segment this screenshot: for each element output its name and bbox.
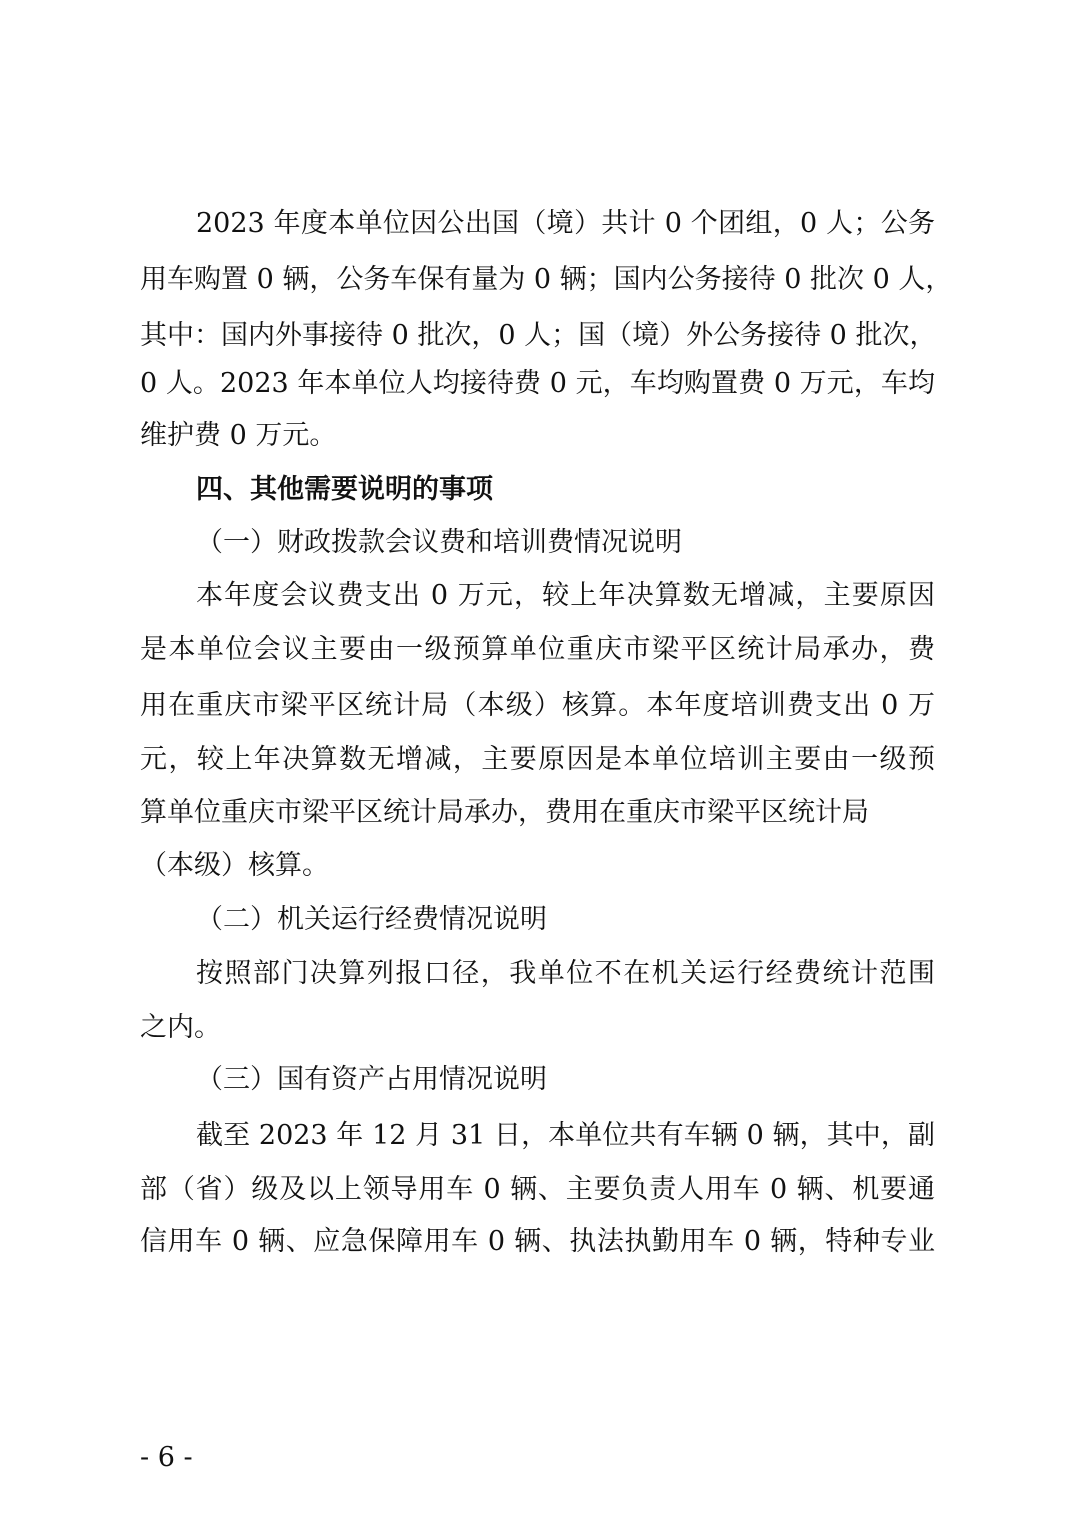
paragraph-line: 元，较上年决算数无增减，主要原因是本单位培训主要由一级预 bbox=[140, 742, 935, 778]
paragraph-line: 0 人。2023 年本单位人均接待费 0 元，车均购置费 0 万元，车均 bbox=[140, 366, 935, 402]
paragraph-line: 部（省）级及以上领导用车 0 辆、主要负责人用车 0 辆、机要通 bbox=[140, 1172, 935, 1208]
paragraph-line: 用车购置 0 辆，公务车保有量为 0 辆；国内公务接待 0 批次 0 人， bbox=[140, 262, 935, 298]
paragraph-line: （本级）核算。 bbox=[140, 848, 935, 884]
paragraph-line: 之内。 bbox=[140, 1010, 935, 1046]
paragraph-line: 信用车 0 辆、应急保障用车 0 辆、执法执勤用车 0 辆，特种专业 bbox=[140, 1224, 935, 1260]
subsection-heading: （二）机关运行经费情况说明 bbox=[196, 902, 991, 938]
subsection-heading: （一）财政拨款会议费和培训费情况说明 bbox=[196, 525, 991, 561]
paragraph-line: 按照部门决算列报口径，我单位不在机关运行经费统计范围 bbox=[196, 956, 935, 992]
paragraph-line: 截至 2023 年 12 月 31 日，本单位共有车辆 0 辆，其中，副 bbox=[196, 1118, 935, 1154]
paragraph-line: 算单位重庆市梁平区统计局承办，费用在重庆市梁平区统计局 bbox=[140, 795, 935, 831]
paragraph-line: 用在重庆市梁平区统计局（本级）核算。本年度培训费支出 0 万 bbox=[140, 688, 935, 724]
paragraph-line: 是本单位会议主要由一级预算单位重庆市梁平区统计局承办，费 bbox=[140, 632, 935, 668]
paragraph-line: 2023 年度本单位因公出国（境）共计 0 个团组，0 人；公务 bbox=[196, 206, 935, 242]
paragraph-line: 其中：国内外事接待 0 批次，0 人；国（境）外公务接待 0 批次， bbox=[140, 318, 935, 354]
paragraph-line: 维护费 0 万元。 bbox=[140, 418, 935, 454]
page-number: - 6 - bbox=[140, 1440, 193, 1476]
paragraph-line: 本年度会议费支出 0 万元，较上年决算数无增减，主要原因 bbox=[196, 578, 935, 614]
section-heading: 四、其他需要说明的事项 bbox=[196, 472, 991, 508]
subsection-heading: （三）国有资产占用情况说明 bbox=[196, 1062, 991, 1098]
